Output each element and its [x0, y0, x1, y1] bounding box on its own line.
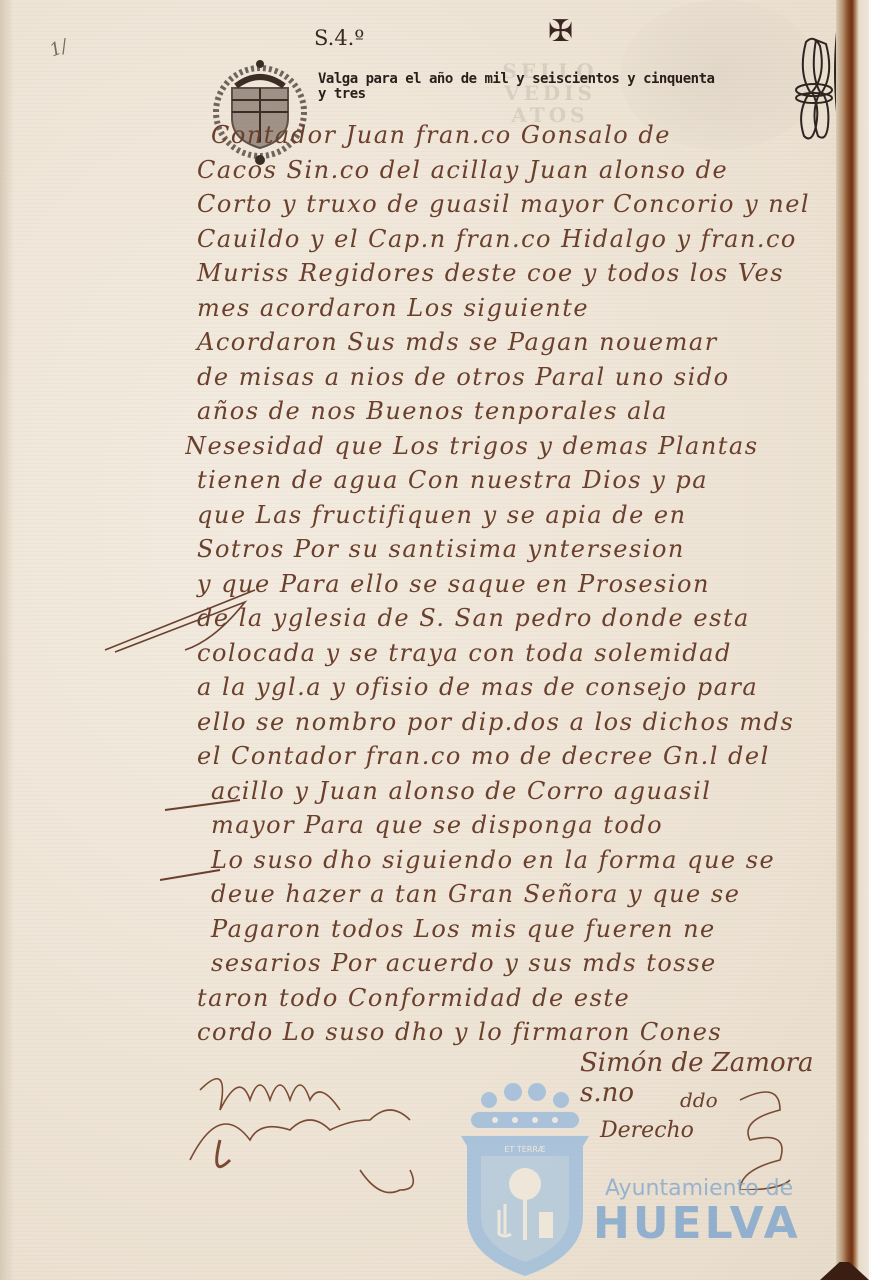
manuscript-line: Cauildo y el Cap.n fran.co Hidalgo y fra… [185, 222, 835, 257]
manuscript-line: Corto y truxo de guasil mayor Concorio y… [185, 187, 835, 222]
cross-icon: ✠ [548, 14, 573, 49]
shield-motto-top: ET TERRÆ [504, 1145, 546, 1154]
manuscript-line: Contador Juan fran.co Gonsalo de [185, 118, 835, 153]
manuscript-line: a la ygl.a y ofisio de mas de consejo pa… [185, 670, 835, 705]
manuscript-line: años de nos Buenos tenporales ala [185, 394, 835, 429]
book-spine [836, 0, 869, 1280]
manuscript-line: acillo y Juan alonso de Corro aguasil [185, 774, 835, 809]
manuscript-line: Nesesidad que Los trigos y demas Plantas [185, 429, 835, 464]
manuscript-line: tienen de agua Con nuestra Dios y pa [185, 463, 835, 498]
manuscript-line: deue hazer a tan Gran Señora y que se [185, 877, 835, 912]
manuscript-line: mayor Para que se disponga todo [185, 808, 835, 843]
manuscript-line: Muriss Regidores deste coe y todos los V… [185, 256, 835, 291]
manuscript-line: Cacos Sin.co del acillay Juan alonso de [185, 153, 835, 188]
page-left-edge [0, 0, 14, 1280]
validity-line: Valga para el año de mil y seiscientos y… [318, 72, 788, 87]
manuscript-line: taron todo Conformidad de este [185, 981, 835, 1016]
ayuntamiento-huelva-watermark: ET TERRÆ Ayuntamiento de HUELVA [455, 1080, 835, 1280]
margin-folio-note: 1/ [47, 36, 71, 62]
manuscript-line: Sotros Por su santisima yntersesion [185, 532, 835, 567]
manuscript-line: que Las fructifiquen y se apia de en [185, 498, 835, 533]
manuscript-line: de la yglesia de S. San pedro donde esta [185, 601, 835, 636]
manuscript-line: el Contador fran.co mo de decree Gn.l de… [185, 739, 835, 774]
manuscript-line: Lo suso dho siguiendo en la forma que se [185, 843, 835, 878]
manuscript-line: sesarios Por acuerdo y sus mds tosse [185, 946, 835, 981]
manuscript-line: mes acordaron Los siguiente [185, 291, 835, 326]
manuscript-line: Acordaron Sus mds se Pagan nouemar [185, 325, 835, 360]
manuscript-line: ello se nombro por dip.dos a los dichos … [185, 705, 835, 740]
manuscript-line: de misas a nios de otros Paral uno sido [185, 360, 835, 395]
validity-line: y tres [318, 87, 788, 102]
huelva-shield-icon: ET TERRÆ [455, 1080, 595, 1280]
stamp-validity-text: Valga para el año de mil y seiscientos y… [318, 72, 788, 102]
manuscript-line: Pagaron todos Los mis que fueren ne [185, 912, 835, 947]
seal-number: S.4.º [314, 26, 364, 50]
manuscript-line: y que Para ello se saque en Prosesion [185, 567, 835, 602]
watermark-line2: HUELVA [593, 1198, 801, 1249]
manuscript-line: colocada y se traya con toda solemidad [185, 636, 835, 671]
manuscript-body: Contador Juan fran.co Gonsalo de Cacos S… [185, 118, 835, 1050]
signature-rubric-icon [180, 1050, 440, 1220]
